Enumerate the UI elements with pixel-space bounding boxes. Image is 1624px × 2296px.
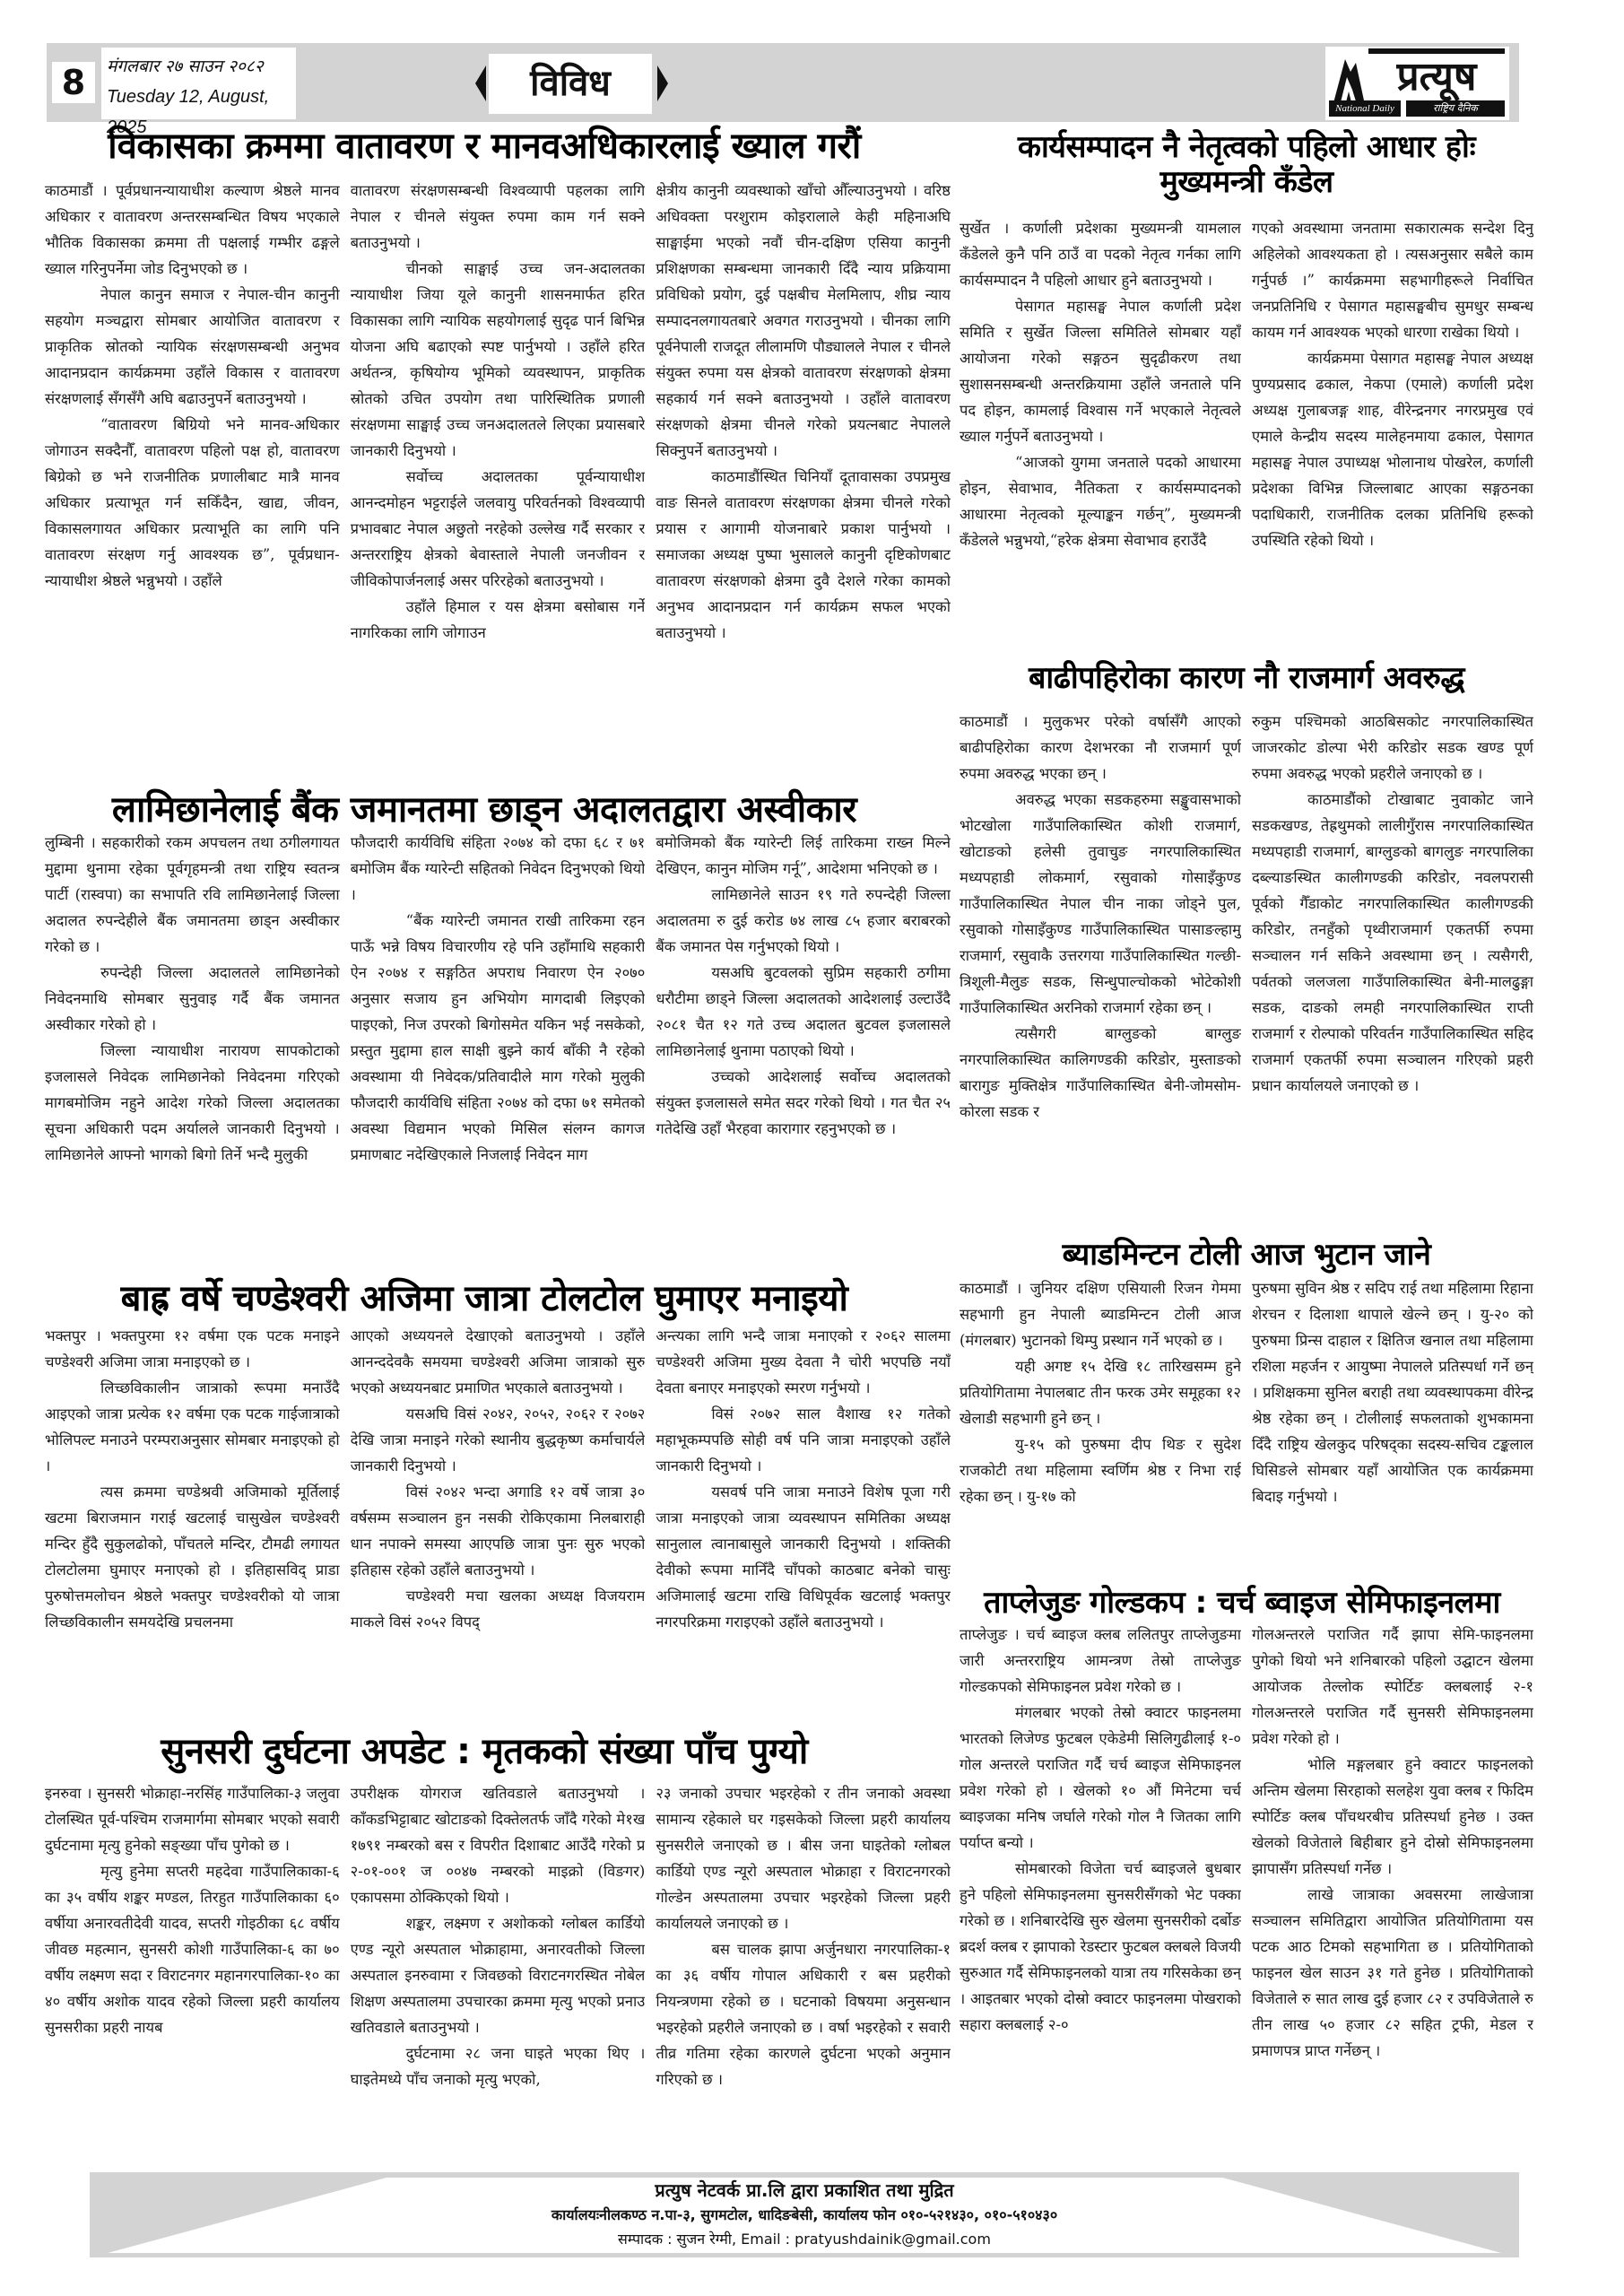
paragraph: रुपन्देही जिल्ला अदालतले लामिछानेको निवे… — [45, 960, 340, 1038]
headline-chandeshwari: बाह्र वर्षे चण्डेश्वरी अजिमा जात्रा टोलट… — [54, 1278, 915, 1319]
paragraph: भोलि मङ्गलबार हुने क्वाटर फाइनलको अन्तिम… — [1252, 1752, 1533, 1882]
paragraph: “बैंक ग्यारेन्टी जमानत राखी तारिकमा रहन … — [351, 908, 646, 1168]
article-badminton: काठमाडौं । जुनियर दक्षिण एसियाली रिजन गे… — [960, 1275, 1533, 1594]
paragraph: मंगलबार भएको तेस्रो क्वाटर फाइनलमा भारतक… — [960, 1700, 1241, 1856]
paragraph: “वातावरण बिग्रियो भने मानव-अधिकार जोगाउन… — [45, 412, 340, 594]
paragraph: काठमाडौं । जुनियर दक्षिण एसियाली रिजन गे… — [960, 1275, 1241, 1353]
date-nepali: मंगलबार २७ साउन २०८२ — [107, 51, 291, 82]
paragraph: अन्त्यका लागि भन्दै जात्रा मनाएको र २०६२… — [656, 1323, 951, 1401]
paragraph: क्षेत्रीय कानुनी व्यवस्थाको खाँचो औँल्या… — [656, 178, 951, 464]
logo-tag-nepali: राष्ट्रिय दैनिक — [1406, 100, 1505, 117]
paragraph: काठमाडौंको टोखाबाट नुवाकोट जाने सडकखण्ड,… — [1252, 787, 1533, 1099]
paragraph: फौजदारी कार्यविधि संहिता २०७४ को दफा ६८ … — [351, 830, 646, 908]
paragraph: त्यस क्रममा चण्डेश्रवी अजिमाको मूर्तिलाई… — [45, 1479, 340, 1635]
paragraph: “आजको युगमा जनताले पदको आधारमा होइन, सेव… — [960, 449, 1241, 553]
headline-karnali-cm: कार्यसम्पादन नै नेतृत्वको पहिलो आधार होः… — [977, 130, 1515, 200]
paragraph: वातावरण संरक्षणसम्बन्धी विश्वव्यापी पहलक… — [351, 178, 646, 256]
paragraph: गएको अवस्थामा जनतामा सकारात्मक सन्देश दि… — [1252, 215, 1533, 345]
article-column: इनरुवा । सुनसरी भोक्राहा-नरसिंह गाउँपालि… — [45, 1780, 340, 2168]
paragraph: लामिछानेले साउन १९ गते रुपन्देही जिल्ला … — [656, 882, 951, 960]
article-column: वातावरण संरक्षणसम्बन्धी विश्वव्यापी पहलक… — [351, 178, 646, 789]
article-column: उपरीक्षक योगराज खतिवडाले बताउनुभयो । काँ… — [351, 1780, 646, 2168]
headline-environment: विकासका क्रममा वातावरण र मानवअधिकारलाई ख… — [54, 126, 915, 167]
paragraph: बमोजिमको बैंक ग्यारेन्टी लिई तारिकमा राख… — [656, 830, 951, 882]
article-column: काठमाडौं । मुलुकभर परेको वर्षासँगै आएको … — [960, 709, 1241, 1218]
paragraph: मृत्यु हुनेमा सप्तरी महदेवा गाउँपालिकाका… — [45, 1858, 340, 2040]
paragraph: विसं २०७२ साल वैशाख १२ गतेको महाभूकम्पपछ… — [656, 1401, 951, 1479]
paragraph: उहाँले हिमाल र यस क्षेत्रमा बसोबास गर्ने… — [351, 594, 646, 646]
article-column: पुरुषमा सुविन श्रेष्ठ र सदिप राई तथा महि… — [1252, 1275, 1533, 1594]
paragraph: चीनको साङ्घाई उच्च जन-अदालतका न्यायाधीश … — [351, 256, 646, 464]
article-lamichhane: लुम्बिनी । सहकारीको रकम अपचलन तथा ठगीलगा… — [45, 830, 951, 1278]
arrow-right-icon — [657, 65, 668, 101]
article-column: आएको अध्ययनले देखाएको बताउनुभयो । उहाँले… — [351, 1323, 646, 1718]
page-number: 8 — [52, 62, 95, 103]
article-karnali-cm: सुर्खेत । कर्णाली प्रदेशका मुख्यमन्त्री … — [960, 215, 1533, 661]
paragraph: यही अगष्ट १५ देखि १८ तारिखसम्म हुने प्रत… — [960, 1353, 1241, 1431]
article-column: गोलअन्तरले पराजित गर्दै झापा सेमि-फाइनलम… — [1252, 1622, 1533, 2169]
headline-sunsari: सुनसरी दुर्घटना अपडेट : मृतकको संख्या पा… — [54, 1731, 915, 1772]
article-column: गएको अवस्थामा जनतामा सकारात्मक सन्देश दि… — [1252, 215, 1533, 661]
paragraph: काठमाडौंस्थित चिनियाँ दूतावासका उपप्रमुख… — [656, 464, 951, 646]
paragraph: गोलअन्तरले पराजित गर्दै झापा सेमि-फाइनलम… — [1252, 1622, 1533, 1752]
paragraph: उपरीक्षक योगराज खतिवडाले बताउनुभयो । काँ… — [351, 1780, 646, 1910]
article-column: सुर्खेत । कर्णाली प्रदेशका मुख्यमन्त्री … — [960, 215, 1241, 661]
paragraph: बस चालक झापा अर्जुनधारा नगरपालिका-१ का ३… — [656, 1936, 951, 2092]
paragraph: शङ्कर, लक्ष्मण र अशोकको ग्लोबल कार्डियो … — [351, 1910, 646, 2040]
paragraph: काठमाडौं । पूर्वप्रधानन्यायाधीश कल्याण श… — [45, 178, 340, 282]
paragraph: भक्तपुर । भक्तपुरमा १२ वर्षमा एक पटक मना… — [45, 1323, 340, 1375]
newspaper-logo: प्रत्यूष National Daily राष्ट्रिय दैनिक — [1325, 47, 1509, 120]
article-column: काठमाडौं । जुनियर दक्षिण एसियाली रिजन गे… — [960, 1275, 1241, 1594]
date-box: मंगलबार २७ साउन २०८२ Tuesday 12, August,… — [101, 48, 296, 119]
office-address: कार्यालयःनीलकण्ठ न.पा-३, सुगमटोल, धादिङब… — [90, 2203, 1519, 2228]
article-column: भक्तपुर । भक्तपुरमा १२ वर्षमा एक पटक मना… — [45, 1323, 340, 1718]
paragraph: इनरुवा । सुनसरी भोक्राहा-नरसिंह गाउँपालि… — [45, 1780, 340, 1858]
editor-email: सम्पादक : सुजन रेग्मी, Email : pratyushd… — [90, 2228, 1519, 2251]
article-column: फौजदारी कार्यविधि संहिता २०७४ को दफा ६८ … — [351, 830, 646, 1278]
logo-tag-english: National Daily — [1329, 100, 1401, 117]
arrow-left-icon — [475, 65, 486, 101]
paragraph: त्यसैगरी बाग्लुङको बाग्लुङ नगरपालिकास्थि… — [960, 1021, 1241, 1125]
article-column: बमोजिमको बैंक ग्यारेन्टी लिई तारिकमा राख… — [656, 830, 951, 1278]
paragraph: अवरुद्ध भएका सडकहरुमा सङ्खुवासभाको भोटखो… — [960, 787, 1241, 1021]
article-column: ताप्लेजुङ । चर्च ब्वाइज क्लब ललितपुर ताप… — [960, 1622, 1241, 2169]
footer-imprint: प्रत्युष नेटवर्क प्रा.लि द्वारा प्रकाशित… — [90, 2178, 1519, 2251]
paragraph: लाखे जात्राका अवसरमा लाखेजात्रा सञ्चालन … — [1252, 1882, 1533, 2064]
paragraph: सुर्खेत । कर्णाली प्रदेशका मुख्यमन्त्री … — [960, 215, 1241, 293]
section-title: विविध — [489, 54, 652, 114]
paragraph: चण्डेश्वरी मचा खलका अध्यक्ष विजयराम माकल… — [351, 1583, 646, 1635]
paragraph: यु-१५ को पुरुषमा दीप थिङ र सुदेश राजकोटी… — [960, 1431, 1241, 1509]
headline-goldcup: ताप्लेजुङ गोल्डकप : चर्च ब्वाइज सेमिफाइन… — [964, 1586, 1520, 1621]
article-chandeshwari: भक्तपुर । भक्तपुरमा १२ वर्षमा एक पटक मना… — [45, 1323, 951, 1718]
paragraph: लिच्छविकालीन जात्राको रूपमा मनाउँदै आइएक… — [45, 1375, 340, 1479]
paragraph: उच्चको आदेशलाई सर्वोच्च अदालतको संयुक्त … — [656, 1064, 951, 1142]
paragraph: कार्यक्रममा पेसागत महासङ्घ नेपाल अध्यक्ष… — [1252, 345, 1533, 553]
paragraph: यसअघि विसं २०४२, २०५२, २०६२ र २०७२ देखि … — [351, 1401, 646, 1479]
article-column: काठमाडौं । पूर्वप्रधानन्यायाधीश कल्याण श… — [45, 178, 340, 789]
article-column: अन्त्यका लागि भन्दै जात्रा मनाएको र २०६२… — [656, 1323, 951, 1718]
article-sunsari: इनरुवा । सुनसरी भोक्राहा-नरसिंह गाउँपालि… — [45, 1780, 951, 2168]
article-floods: काठमाडौं । मुलुकभर परेको वर्षासँगै आएको … — [960, 709, 1533, 1218]
paragraph: नेपाल कानुन समाज र नेपाल-चीन कानुनी सहयो… — [45, 282, 340, 412]
paragraph: पेसागत महासङ्घ नेपाल कर्णाली प्रदेश समित… — [960, 293, 1241, 449]
paragraph: सर्वोच्च अदालतका पूर्वन्यायाधीश आनन्दमोह… — [351, 464, 646, 594]
article-column: लुम्बिनी । सहकारीको रकम अपचलन तथा ठगीलगा… — [45, 830, 340, 1278]
paragraph: दुर्घटनामा २८ जना घाइते भएका थिए । घाइते… — [351, 2040, 646, 2092]
paragraph: जिल्ला न्यायाधीश नारायण सापकोटाको इजलासल… — [45, 1038, 340, 1168]
paragraph: काठमाडौं । मुलुकभर परेको वर्षासँगै आएको … — [960, 709, 1241, 787]
article-column: रुकुम पश्चिमको आठबिसकोट नगरपालिकास्थित ज… — [1252, 709, 1533, 1218]
article-column: क्षेत्रीय कानुनी व्यवस्थाको खाँचो औँल्या… — [656, 178, 951, 789]
paragraph: यसअघि बुटवलको सुप्रिम सहकारी ठगीमा धरौटी… — [656, 960, 951, 1064]
paragraph: रुकुम पश्चिमको आठबिसकोट नगरपालिकास्थित ज… — [1252, 709, 1533, 787]
paragraph: आएको अध्ययनले देखाएको बताउनुभयो । उहाँले… — [351, 1323, 646, 1401]
paragraph: सोमबारको विजेता चर्च ब्वाइजले बुधबार हुन… — [960, 1856, 1241, 2038]
article-goldcup: ताप्लेजुङ । चर्च ब्वाइज क्लब ललितपुर ताप… — [960, 1622, 1533, 2169]
paragraph: यसवर्ष पनि जात्रा मनाउने विशेष पूजा गरी … — [656, 1479, 951, 1635]
paragraph: २३ जनाको उपचार भइरहेको र तीन जनाको अवस्थ… — [656, 1780, 951, 1936]
paragraph: लुम्बिनी । सहकारीको रकम अपचलन तथा ठगीलगा… — [45, 830, 340, 960]
paragraph: विसं २०४२ भन्दा अगाडि १२ वर्षे जात्रा ३०… — [351, 1479, 646, 1583]
publisher-line: प्रत्युष नेटवर्क प्रा.लि द्वारा प्रकाशित… — [90, 2178, 1519, 2203]
paragraph: ताप्लेजुङ । चर्च ब्वाइज क्लब ललितपुर ताप… — [960, 1622, 1241, 1700]
headline-floods: बाढीपहिरोका कारण नौ राजमार्ग अवरुद्ध — [977, 661, 1515, 696]
headline-badminton: ब्याडमिन्टन टोली आज भुटान जाने — [977, 1238, 1515, 1273]
logo-name: प्रत्यूष — [1368, 48, 1505, 95]
article-environment: काठमाडौं । पूर्वप्रधानन्यायाधीश कल्याण श… — [45, 178, 951, 789]
headline-lamichhane: लामिछानेलाई बैंक जमानतमा छाड्न अदालतद्वा… — [54, 789, 915, 831]
paragraph: पुरुषमा सुविन श्रेष्ठ र सदिप राई तथा महि… — [1252, 1275, 1533, 1509]
article-column: २३ जनाको उपचार भइरहेको र तीन जनाको अवस्थ… — [656, 1780, 951, 2168]
